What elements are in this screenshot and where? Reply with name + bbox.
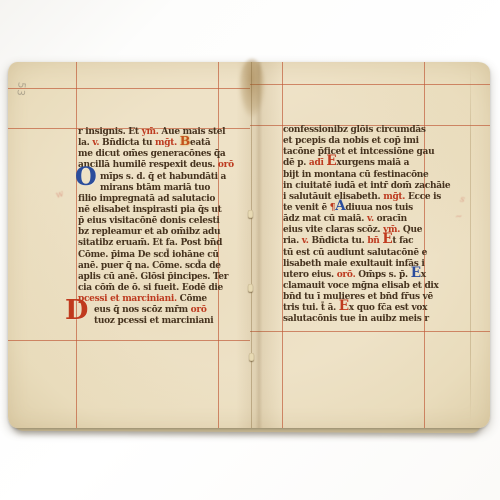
text-segment: Cōme — [180, 294, 207, 304]
manuscript-bifolium: 53 w s ~ r insignis. Et ym̄. Aue mais st… — [8, 62, 490, 428]
text-line: salutacōnis tue in auibz meis r — [283, 314, 435, 325]
text-segment: tuoz pcessi et marciniani — [94, 316, 213, 326]
rubric-segment: orō. — [337, 270, 359, 280]
text-line: cia cōm̄ de ō. si fueit. Eodē die — [78, 283, 230, 294]
text-line: p̄ eius visitacōnē donis celesti — [78, 216, 230, 227]
text-segment: Que — [403, 225, 422, 235]
fold-crease — [251, 62, 252, 428]
text-line: dē p. adī Exurgens maiā a — [283, 158, 435, 169]
rubric-segment: orō — [191, 305, 207, 315]
binding-stitch — [249, 353, 254, 361]
inline-initial: B — [180, 133, 190, 148]
binding-stitch — [248, 284, 253, 292]
text-segment: p̄ eius visitacōnē donis celesti — [78, 216, 219, 226]
ruling-line-horizontal — [8, 340, 250, 341]
binding-stitch — [248, 210, 253, 218]
text-segment: Cōme. p̄ima De scd̄ iohāne cū — [78, 250, 219, 260]
text-line: me dicut om̄es generacōnes q̄a — [78, 149, 230, 160]
text-line: et pcepis da nobis et cop̄ imi — [283, 136, 435, 147]
ruling-line-horizontal — [8, 88, 250, 89]
text-segment: clamauit voce mḡna elisab et dix — [283, 281, 439, 291]
text-segment: confessionibz glōis circumdās — [283, 125, 426, 135]
ruling-line-vertical — [76, 62, 77, 428]
rubric-segment: pcessi et marciniani. — [78, 294, 180, 304]
text-segment: ancillā humilē respexit deus. — [78, 160, 218, 170]
text-segment: x quo fc̄a est vox — [349, 303, 427, 313]
text-line: anē. puer q̄ na. Cōme. scd̄a de — [78, 261, 230, 272]
rubric-segment: v. — [92, 138, 102, 148]
text-segment: Aue mais stel — [159, 127, 226, 137]
text-segment: diuua nos tuis — [345, 203, 413, 213]
center-fold — [236, 62, 282, 428]
rubric-segment: bn̄ — [367, 236, 382, 246]
text-line: ancillā humilē respexit deus. orō — [78, 160, 230, 171]
text-segment: filio impregnatā ad salutacio — [78, 194, 215, 204]
text-segment: utero eius. — [283, 270, 337, 280]
text-line: clamauit voce mḡna elisab et dix — [283, 281, 435, 292]
inline-initial: E — [411, 265, 421, 281]
text-segment: aplis cū anē. Glōsi p̄incipes. Ter — [78, 272, 228, 282]
text-segment: te venit ē — [283, 203, 330, 213]
inner-leaf-edge — [470, 64, 471, 424]
text-segment: eius vite claras scōz. — [283, 225, 383, 235]
text-segment: Ecce is — [408, 192, 441, 202]
text-segment: nē elisabet inspirasti pia q̄s ut — [78, 205, 222, 215]
ruling-line-horizontal — [250, 331, 490, 332]
text-segment: la. — [78, 138, 92, 148]
text-segment: eus q̄ nos scōz mr̄m — [94, 305, 191, 315]
text-line: ādz mat cū maiā. v. oracīn — [283, 214, 435, 225]
text-line: la. v. Bn̄dicta tu mḡt. Beatā — [78, 138, 230, 149]
text-line: ria. v. Bn̄dicta tu. bn̄ Et fac — [283, 236, 435, 247]
inline-initial: E — [326, 153, 336, 169]
text-segment: sitatibz eruam̄. Et fa. Post bn̄d — [78, 238, 222, 248]
fold-stain — [239, 59, 265, 117]
text-segment: mīps s. d. q̄ et habundāti a — [100, 172, 226, 182]
text-line: eius vite claras scōz. ym̄. Que — [283, 225, 435, 236]
text-segment: bn̄d tu ī mulieres et bn̄d fr̄us vē — [283, 292, 433, 302]
text-line: te venit ē ¶Adiuua nos tuis — [283, 203, 435, 214]
text-segment: anē. puer q̄ na. Cōme. scd̄a de — [78, 261, 221, 271]
inline-initial: E — [382, 231, 392, 247]
text-segment: tū est cū audiunt salutacōnē e — [283, 248, 427, 258]
rubric-segment: v. — [302, 236, 312, 246]
margin-ink-smudge: s — [459, 195, 466, 206]
text-line: r insignis. Et ym̄. Aue mais stel — [78, 127, 230, 138]
text-segment: me dicut om̄es generacōnes q̄a — [78, 149, 225, 159]
rubric-segment: mḡt. — [383, 192, 408, 202]
text-line: i salutāuit elisabeth. mḡt. Ecce is — [283, 192, 435, 203]
rubric-segment: adī — [309, 158, 326, 168]
text-line: eus q̄ nos scōz mr̄m orō — [78, 305, 230, 316]
text-segment: Bn̄dicta tu. — [311, 236, 367, 246]
text-line: utero eius. orō. Om̄ps s. p̄. Ex — [283, 270, 435, 281]
rubric-segment: mḡt. — [155, 138, 180, 148]
text-line: bijt in montana cū festinacōne — [283, 170, 435, 181]
text-line: tū est cū audiunt salutacōnē e — [283, 248, 435, 259]
text-line: bn̄d tu ī mulieres et bn̄d fr̄us vē — [283, 292, 435, 303]
rubric-segment: orō — [218, 160, 234, 170]
text-segment: salutacōnis tue in auibz meis r — [283, 314, 429, 324]
inline-initial: E — [339, 298, 349, 314]
rubric-segment: v. — [367, 214, 377, 224]
text-line: tuoz pcessi et marciniani — [78, 316, 230, 327]
text-segment: cia cōm̄ de ō. si fueit. Eodē die — [78, 283, 223, 293]
text-line: Cōme. p̄ima De scd̄ iohāne cū — [78, 250, 230, 261]
text-segment: i salutāuit elisabeth. — [283, 192, 383, 202]
inline-initial: A — [335, 198, 345, 214]
ruling-line-horizontal — [250, 84, 490, 85]
text-segment: Bn̄dicta tu — [102, 138, 155, 148]
folio-pencil-mark: 53 — [14, 81, 26, 97]
right-page-text: confessionibz glōis circumdāset pcepis d… — [283, 125, 435, 326]
margin-ink-smudge: ~ — [454, 212, 463, 223]
text-segment: ria. — [283, 236, 302, 246]
text-line: confessionibz glōis circumdās — [283, 125, 435, 136]
text-line: pcessi et marciniani. Cōme — [78, 294, 230, 305]
text-segment: dē p. — [283, 158, 309, 168]
text-segment: x — [421, 270, 426, 280]
text-line: aplis cū anē. Glōsi p̄incipes. Ter — [78, 272, 230, 283]
illuminated-initial-d: D — [65, 299, 88, 323]
illuminated-initial-o: O — [75, 166, 97, 188]
text-segment: oracīn — [377, 214, 407, 224]
text-line: tris tui. t̄ ā. Ex quo fc̄a est vox — [283, 303, 435, 314]
text-segment: Om̄ps s. p̄. — [358, 270, 410, 280]
text-line: nē elisabet inspirasti pia q̄s ut — [78, 205, 230, 216]
text-segment: bijt in montana cū festinacōne — [283, 170, 428, 180]
text-line: mīps s. d. q̄ et habundāti a — [78, 172, 230, 183]
text-segment: in ciuitatē iudā et intr̄ dom̄ zachāie — [283, 181, 450, 191]
margin-ink-smudge: w — [55, 189, 65, 201]
text-segment: eatā — [190, 138, 210, 148]
text-line: mirans btām mariā tuo — [78, 183, 230, 194]
text-line: tacōne p̄ficet et intcessiōne gau — [283, 147, 435, 158]
text-line: sitatibz eruam̄. Et fa. Post bn̄d — [78, 238, 230, 249]
text-segment: xurgens maiā a — [336, 158, 409, 168]
text-segment: tris tui. t̄ ā. — [283, 303, 339, 313]
left-page-text: r insignis. Et ym̄. Aue mais stella. v. … — [78, 127, 230, 328]
text-segment: ādz mat cū maiā. — [283, 214, 367, 224]
rubric-segment: ym̄. — [142, 127, 159, 137]
text-line: bz repleamur et ab om̄ibz adu — [78, 227, 230, 238]
text-segment: bz repleamur et ab om̄ibz adu — [78, 227, 220, 237]
manuscript-photo: 53 w s ~ r insignis. Et ym̄. Aue mais st… — [0, 0, 500, 500]
text-segment: r insignis. Et — [78, 127, 142, 137]
text-line: filio impregnatā ad salutacio — [78, 194, 230, 205]
text-segment: lisabeth maie exultauit infās i — [283, 259, 425, 269]
text-segment: t fac — [392, 236, 413, 246]
text-segment: tacōne p̄ficet et intcessiōne gau — [283, 147, 434, 157]
text-segment: et pcepis da nobis et cop̄ imi — [283, 136, 419, 146]
text-line: in ciuitatē iudā et intr̄ dom̄ zachāie — [283, 181, 435, 192]
text-segment: mirans btām mariā tuo — [100, 183, 210, 193]
